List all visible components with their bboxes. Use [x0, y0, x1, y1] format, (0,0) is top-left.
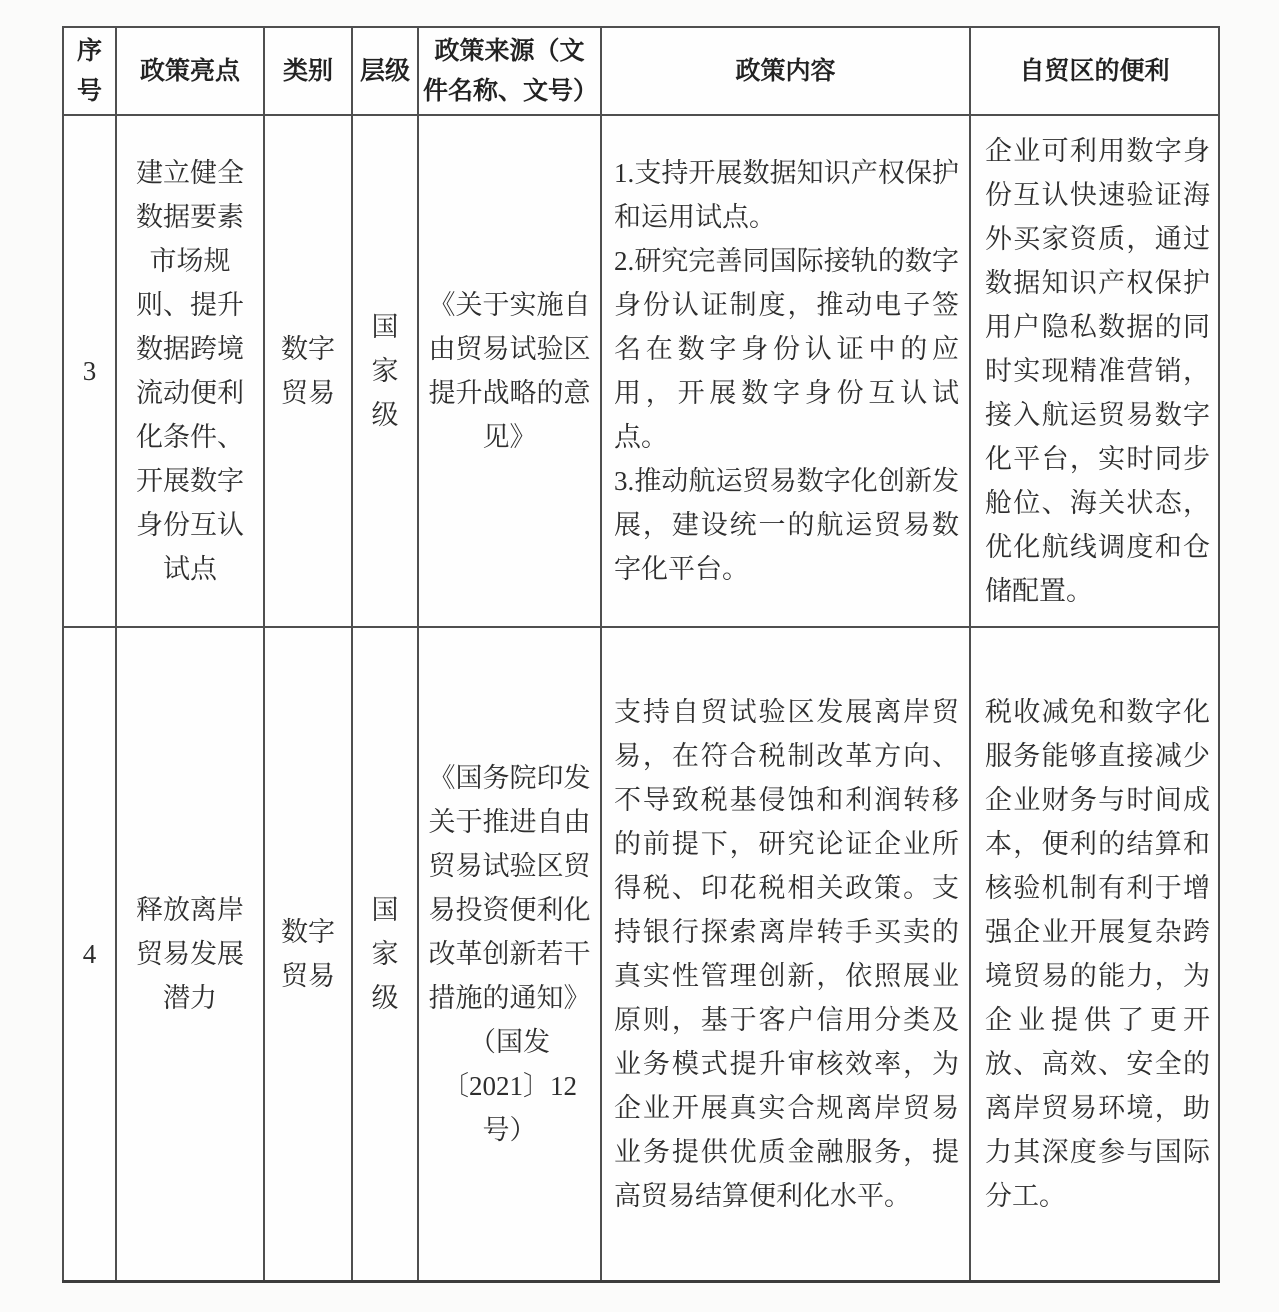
cell-serial-number: 3 — [63, 115, 116, 627]
cell-ftz-benefit: 企业可利用数字身份互认快速验证海外买家资质，通过数据知识产权保护用户隐私数据的同… — [970, 115, 1219, 627]
cell-category: 数字贸易 — [264, 627, 352, 1281]
header-source: 政策来源（文件名称、文号） — [418, 27, 601, 115]
header-row: 序号 政策亮点 类别 层级 政策来源（文件名称、文号） 政策内容 自贸区的便利 — [63, 27, 1219, 115]
header-benefit: 自贸区的便利 — [970, 27, 1219, 115]
cell-policy-content: 支持自贸试验区发展离岸贸易，在符合税制改革方向、不导致税基侵蚀和利润转移的前提下… — [601, 627, 970, 1281]
cell-policy-source: 《关于实施自由贸易试验区提升战略的意见》 — [418, 115, 601, 627]
cell-policy-content: 1.支持开展数据知识产权保护和运用试点。 2.研究完善同国际接轨的数字身份认证制… — [601, 115, 970, 627]
header-no: 序号 — [63, 27, 116, 115]
cell-policy-source: 《国务院印发关于推进自由贸易试验区贸易投资便利化改革创新若干措施的通知》（国发〔… — [418, 627, 601, 1281]
table-row: 3 建立健全数据要素市场规则、提升数据跨境流动便利化条件、开展数字身份互认试点 … — [63, 115, 1219, 627]
cell-category: 数字贸易 — [264, 115, 352, 627]
cell-serial-number: 4 — [63, 627, 116, 1281]
document-page: 序号 政策亮点 类别 层级 政策来源（文件名称、文号） 政策内容 自贸区的便利 … — [0, 0, 1279, 1283]
cell-policy-highlight: 释放离岸贸易发展潜力 — [116, 627, 264, 1281]
cell-ftz-benefit: 税收减免和数字化服务能够直接减少企业财务与时间成本，便利的结算和核验机制有利于增… — [970, 627, 1219, 1281]
header-level: 层级 — [352, 27, 418, 115]
cell-policy-highlight: 建立健全数据要素市场规则、提升数据跨境流动便利化条件、开展数字身份互认试点 — [116, 115, 264, 627]
policy-table: 序号 政策亮点 类别 层级 政策来源（文件名称、文号） 政策内容 自贸区的便利 … — [62, 26, 1220, 1283]
header-content: 政策内容 — [601, 27, 970, 115]
cell-level: 国家级 — [352, 627, 418, 1281]
cell-level: 国家级 — [352, 115, 418, 627]
header-highlight: 政策亮点 — [116, 27, 264, 115]
table-row: 4 释放离岸贸易发展潜力 数字贸易 国家级 《国务院印发关于推进自由贸易试验区贸… — [63, 627, 1219, 1281]
header-category: 类别 — [264, 27, 352, 115]
